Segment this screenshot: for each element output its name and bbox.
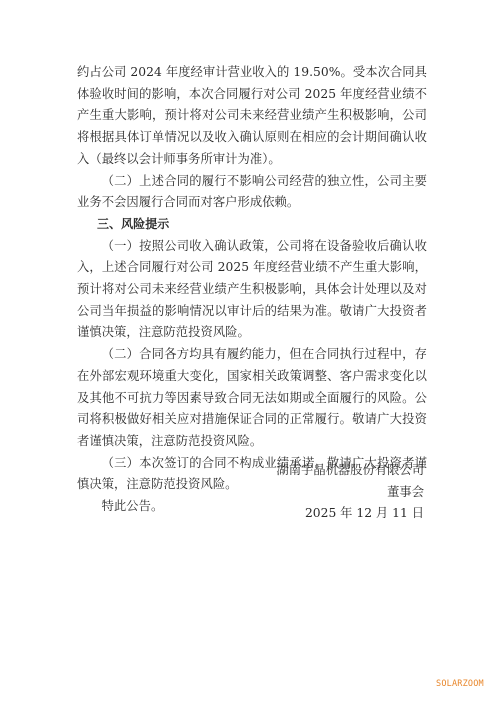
- signature-company: 湖南宇晶机器股份有限公司: [276, 460, 424, 482]
- paragraph-independence: （二）上述合同的履行不影响公司经营的独立性，公司主要业务不会因履行合同而对客户形…: [77, 171, 427, 214]
- section-heading-risk: 三、风险提示: [77, 214, 427, 236]
- paragraph-revenue-impact: 约占公司 2024 年度经审计营业收入的 19.50%。受本次合同具体验收时间的…: [77, 62, 427, 171]
- document-body: 约占公司 2024 年度经审计营业收入的 19.50%。受本次合同具体验收时间的…: [77, 62, 427, 518]
- watermark-logo: SOLARZOOM: [436, 679, 484, 689]
- signature-board: 董事会: [276, 482, 424, 504]
- signature-block: 湖南宇晶机器股份有限公司 董事会 2025 年 12 月 11 日: [276, 460, 424, 525]
- paragraph-risk-2: （二）合同各方均具有履约能力，但在合同执行过程中，存在外部宏观环境重大变化，国家…: [77, 344, 427, 453]
- document-page: 约占公司 2024 年度经审计营业收入的 19.50%。受本次合同具体验收时间的…: [0, 0, 500, 707]
- paragraph-risk-1: （一）按照公司收入确认政策，公司将在设备验收后确认收入，上述合同履行对公司 20…: [77, 236, 427, 345]
- signature-date: 2025 年 12 月 11 日: [276, 503, 424, 525]
